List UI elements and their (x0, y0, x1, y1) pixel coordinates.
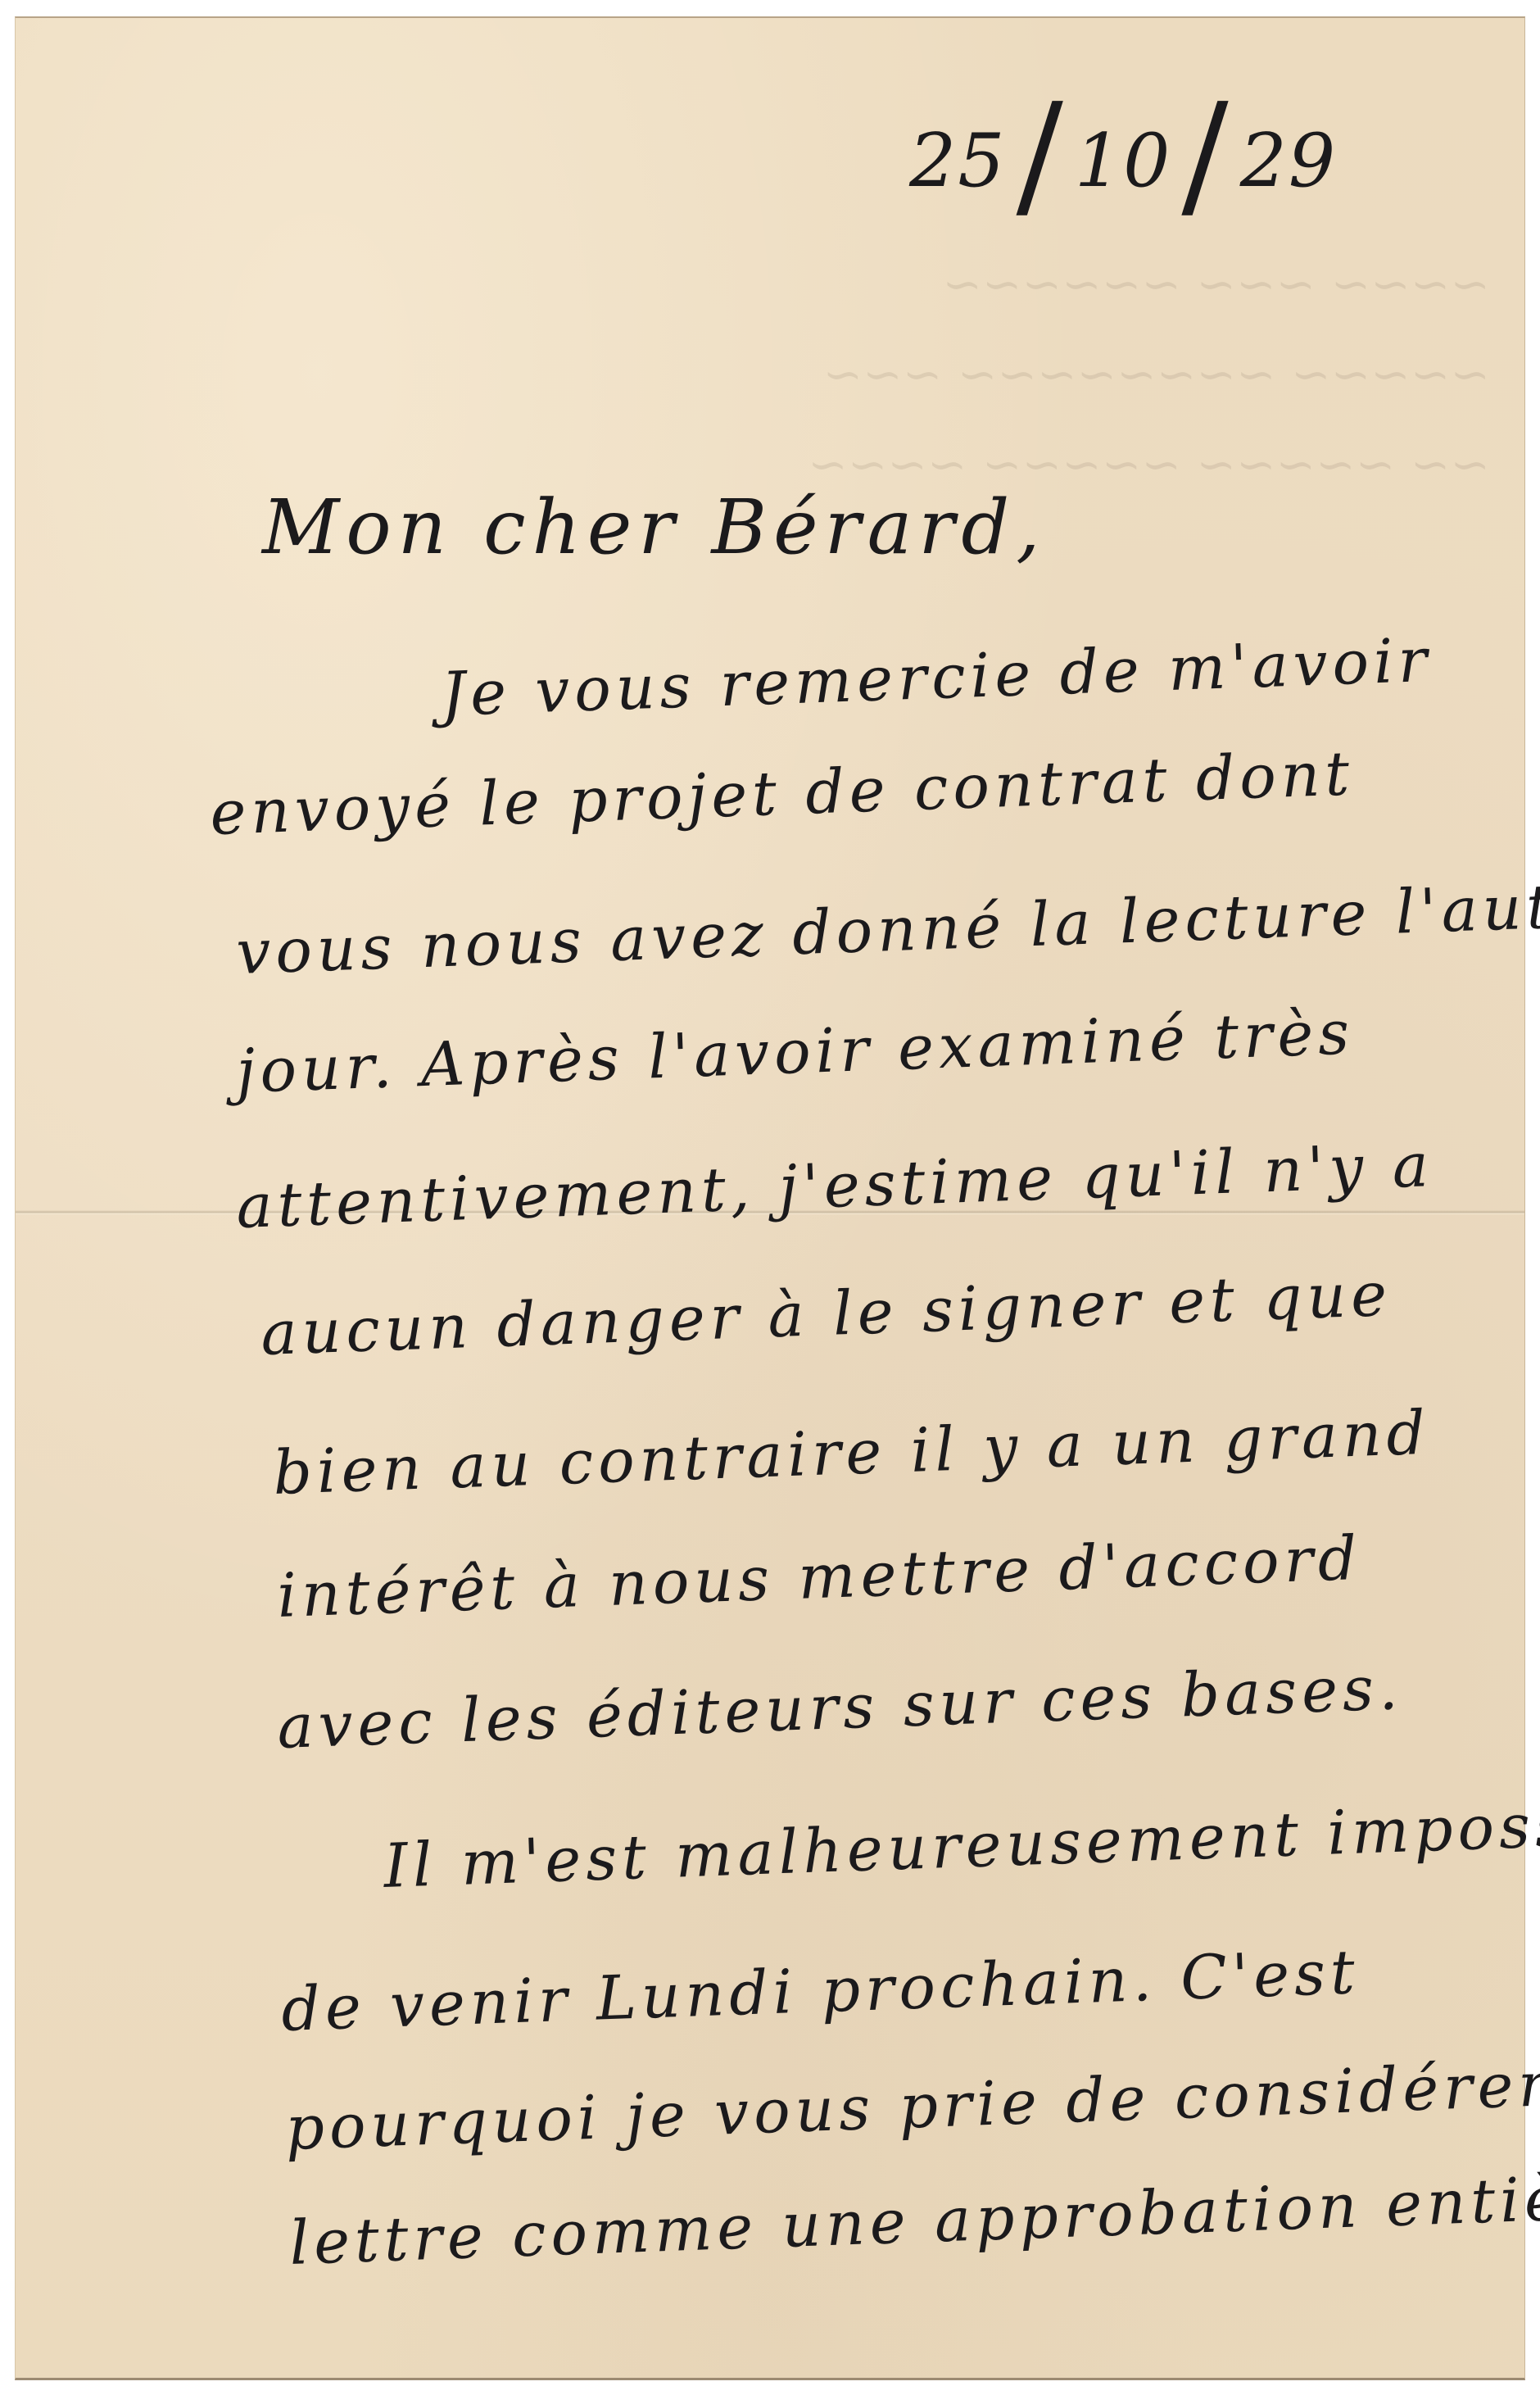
date-separator: / (1181, 74, 1230, 236)
date-separator: / (1017, 74, 1065, 236)
letter-date: 25/10/29 (909, 57, 1337, 220)
date-day: 25 (909, 118, 1007, 204)
salutation: Mon cher Bérard, (262, 483, 1047, 571)
date-month: 10 (1075, 118, 1172, 204)
date-year: 29 (1240, 118, 1338, 204)
